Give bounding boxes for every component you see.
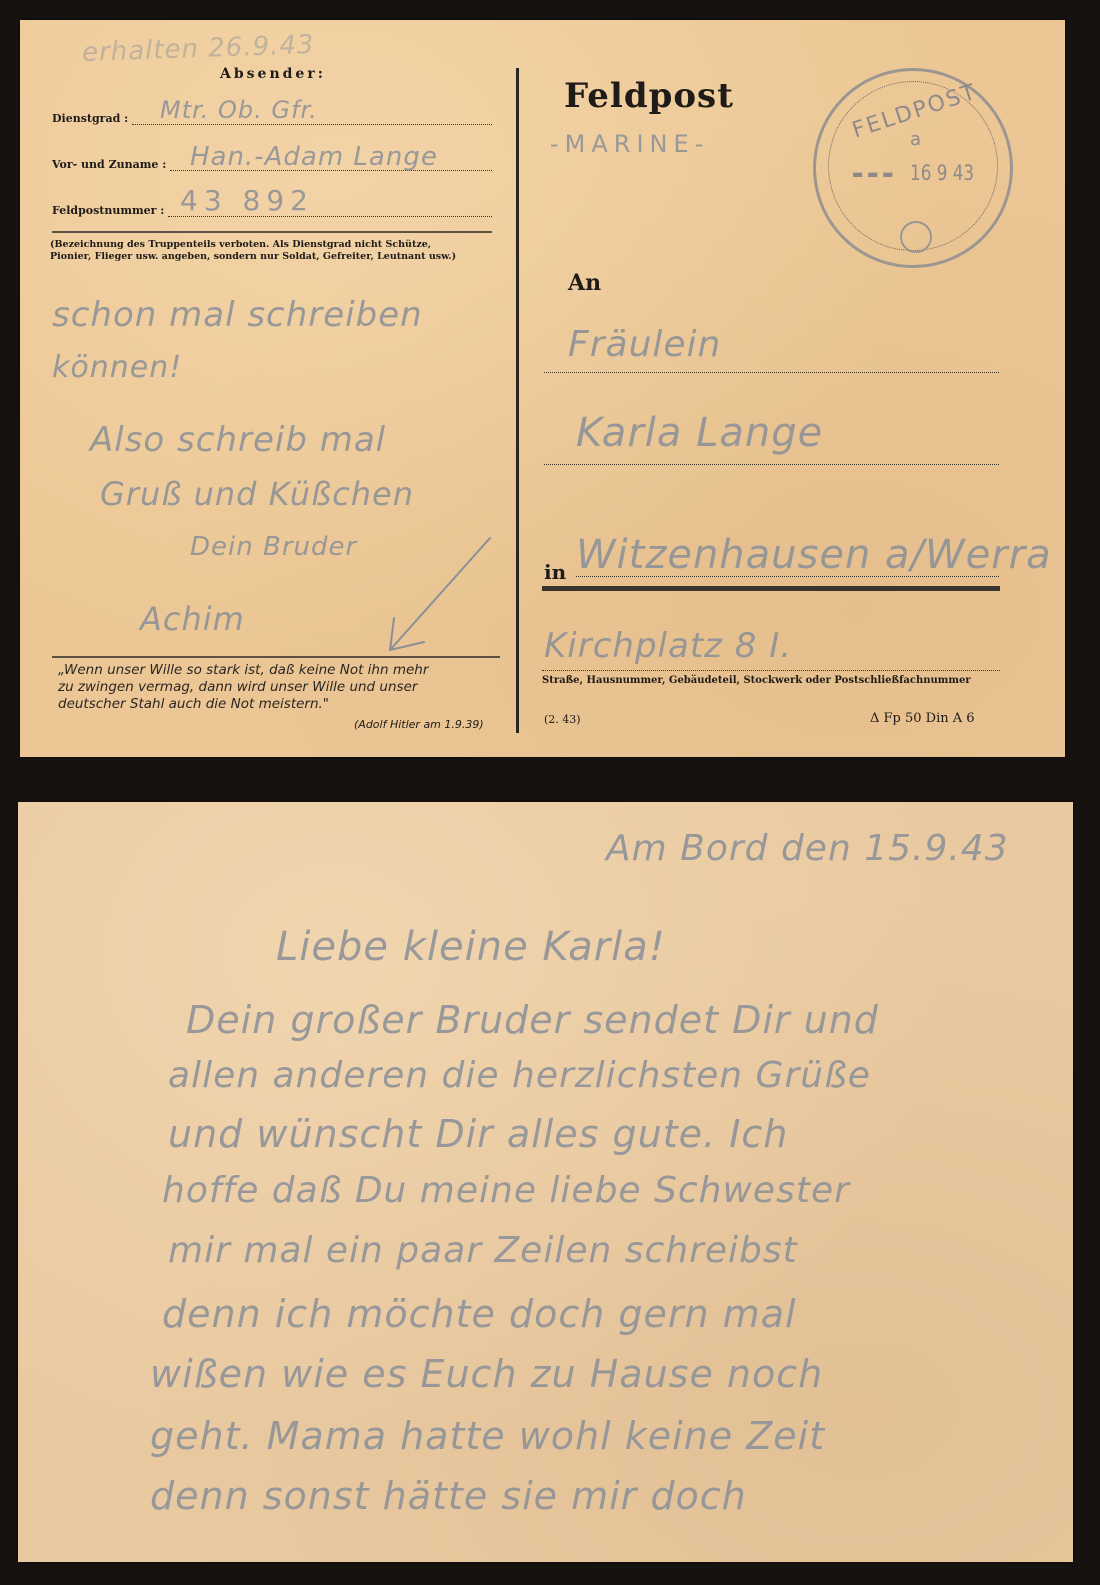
rank-value: Mtr. Ob. Gfr. bbox=[160, 96, 318, 124]
postmark: FELDPOST a ▬ ▬ ▬ 16 9 43 bbox=[813, 68, 1013, 268]
quote-rule bbox=[52, 656, 500, 658]
margin-note: erhalten 26.9.43 bbox=[82, 30, 315, 68]
in-label: in bbox=[544, 560, 566, 584]
fieldpost-number-value: 43 892 bbox=[180, 184, 314, 217]
notice-rule bbox=[52, 231, 492, 233]
street-value: Kirchplatz 8 I. bbox=[544, 626, 792, 666]
printed-quote: „Wenn unser Wille so stark ist, daß kein… bbox=[58, 662, 428, 713]
postcard-back: Am Bord den 15.9.43 Liebe kleine Karla! … bbox=[18, 802, 1073, 1562]
recipient-line-1: Fräulein bbox=[568, 324, 721, 365]
pencil-arrow-icon bbox=[380, 530, 500, 660]
address-dots-2 bbox=[544, 464, 999, 465]
postmark-letter: a bbox=[910, 129, 921, 150]
address-dots-4 bbox=[542, 670, 1000, 671]
quote-attribution: (Adolf Hitler am 1.9.39) bbox=[354, 718, 484, 731]
vertical-divider bbox=[516, 68, 519, 733]
address-dots-1 bbox=[544, 372, 999, 373]
sender-heading: Absender: bbox=[220, 66, 326, 82]
postcard-front: erhalten 26.9.43 Absender: Dienstgrad : … bbox=[20, 20, 1065, 757]
city-rule bbox=[542, 586, 1000, 591]
street-caption: Straße, Hausnummer, Gebäudeteil, Stockwe… bbox=[542, 675, 971, 686]
service-note: -MARINE- bbox=[550, 130, 709, 158]
notice-text: (Bezeichnung des Truppenteils verboten. … bbox=[50, 239, 500, 263]
name-label: Vor- und Zuname : bbox=[52, 158, 166, 171]
greeting: Liebe kleine Karla! bbox=[276, 924, 666, 970]
name-value: Han.-Adam Lange bbox=[190, 142, 438, 172]
fieldpost-number-label: Feldpostnummer : bbox=[52, 204, 164, 217]
recipient-line-2: Karla Lange bbox=[576, 410, 823, 456]
form-spec: Δ Fp 50 Din A 6 bbox=[870, 711, 975, 726]
city-value: Witzenhausen a/Werra bbox=[576, 532, 1052, 578]
card-title: Feldpost bbox=[564, 76, 734, 116]
address-dots-3 bbox=[576, 576, 999, 577]
postmark-emblem-icon bbox=[900, 221, 932, 253]
rank-label: Dienstgrad : bbox=[52, 112, 128, 125]
to-label: An bbox=[568, 270, 601, 296]
dateline: Am Bord den 15.9.43 bbox=[606, 828, 1009, 869]
postmark-date: 16 9 43 bbox=[910, 161, 974, 185]
form-code: (2. 43) bbox=[544, 713, 581, 726]
